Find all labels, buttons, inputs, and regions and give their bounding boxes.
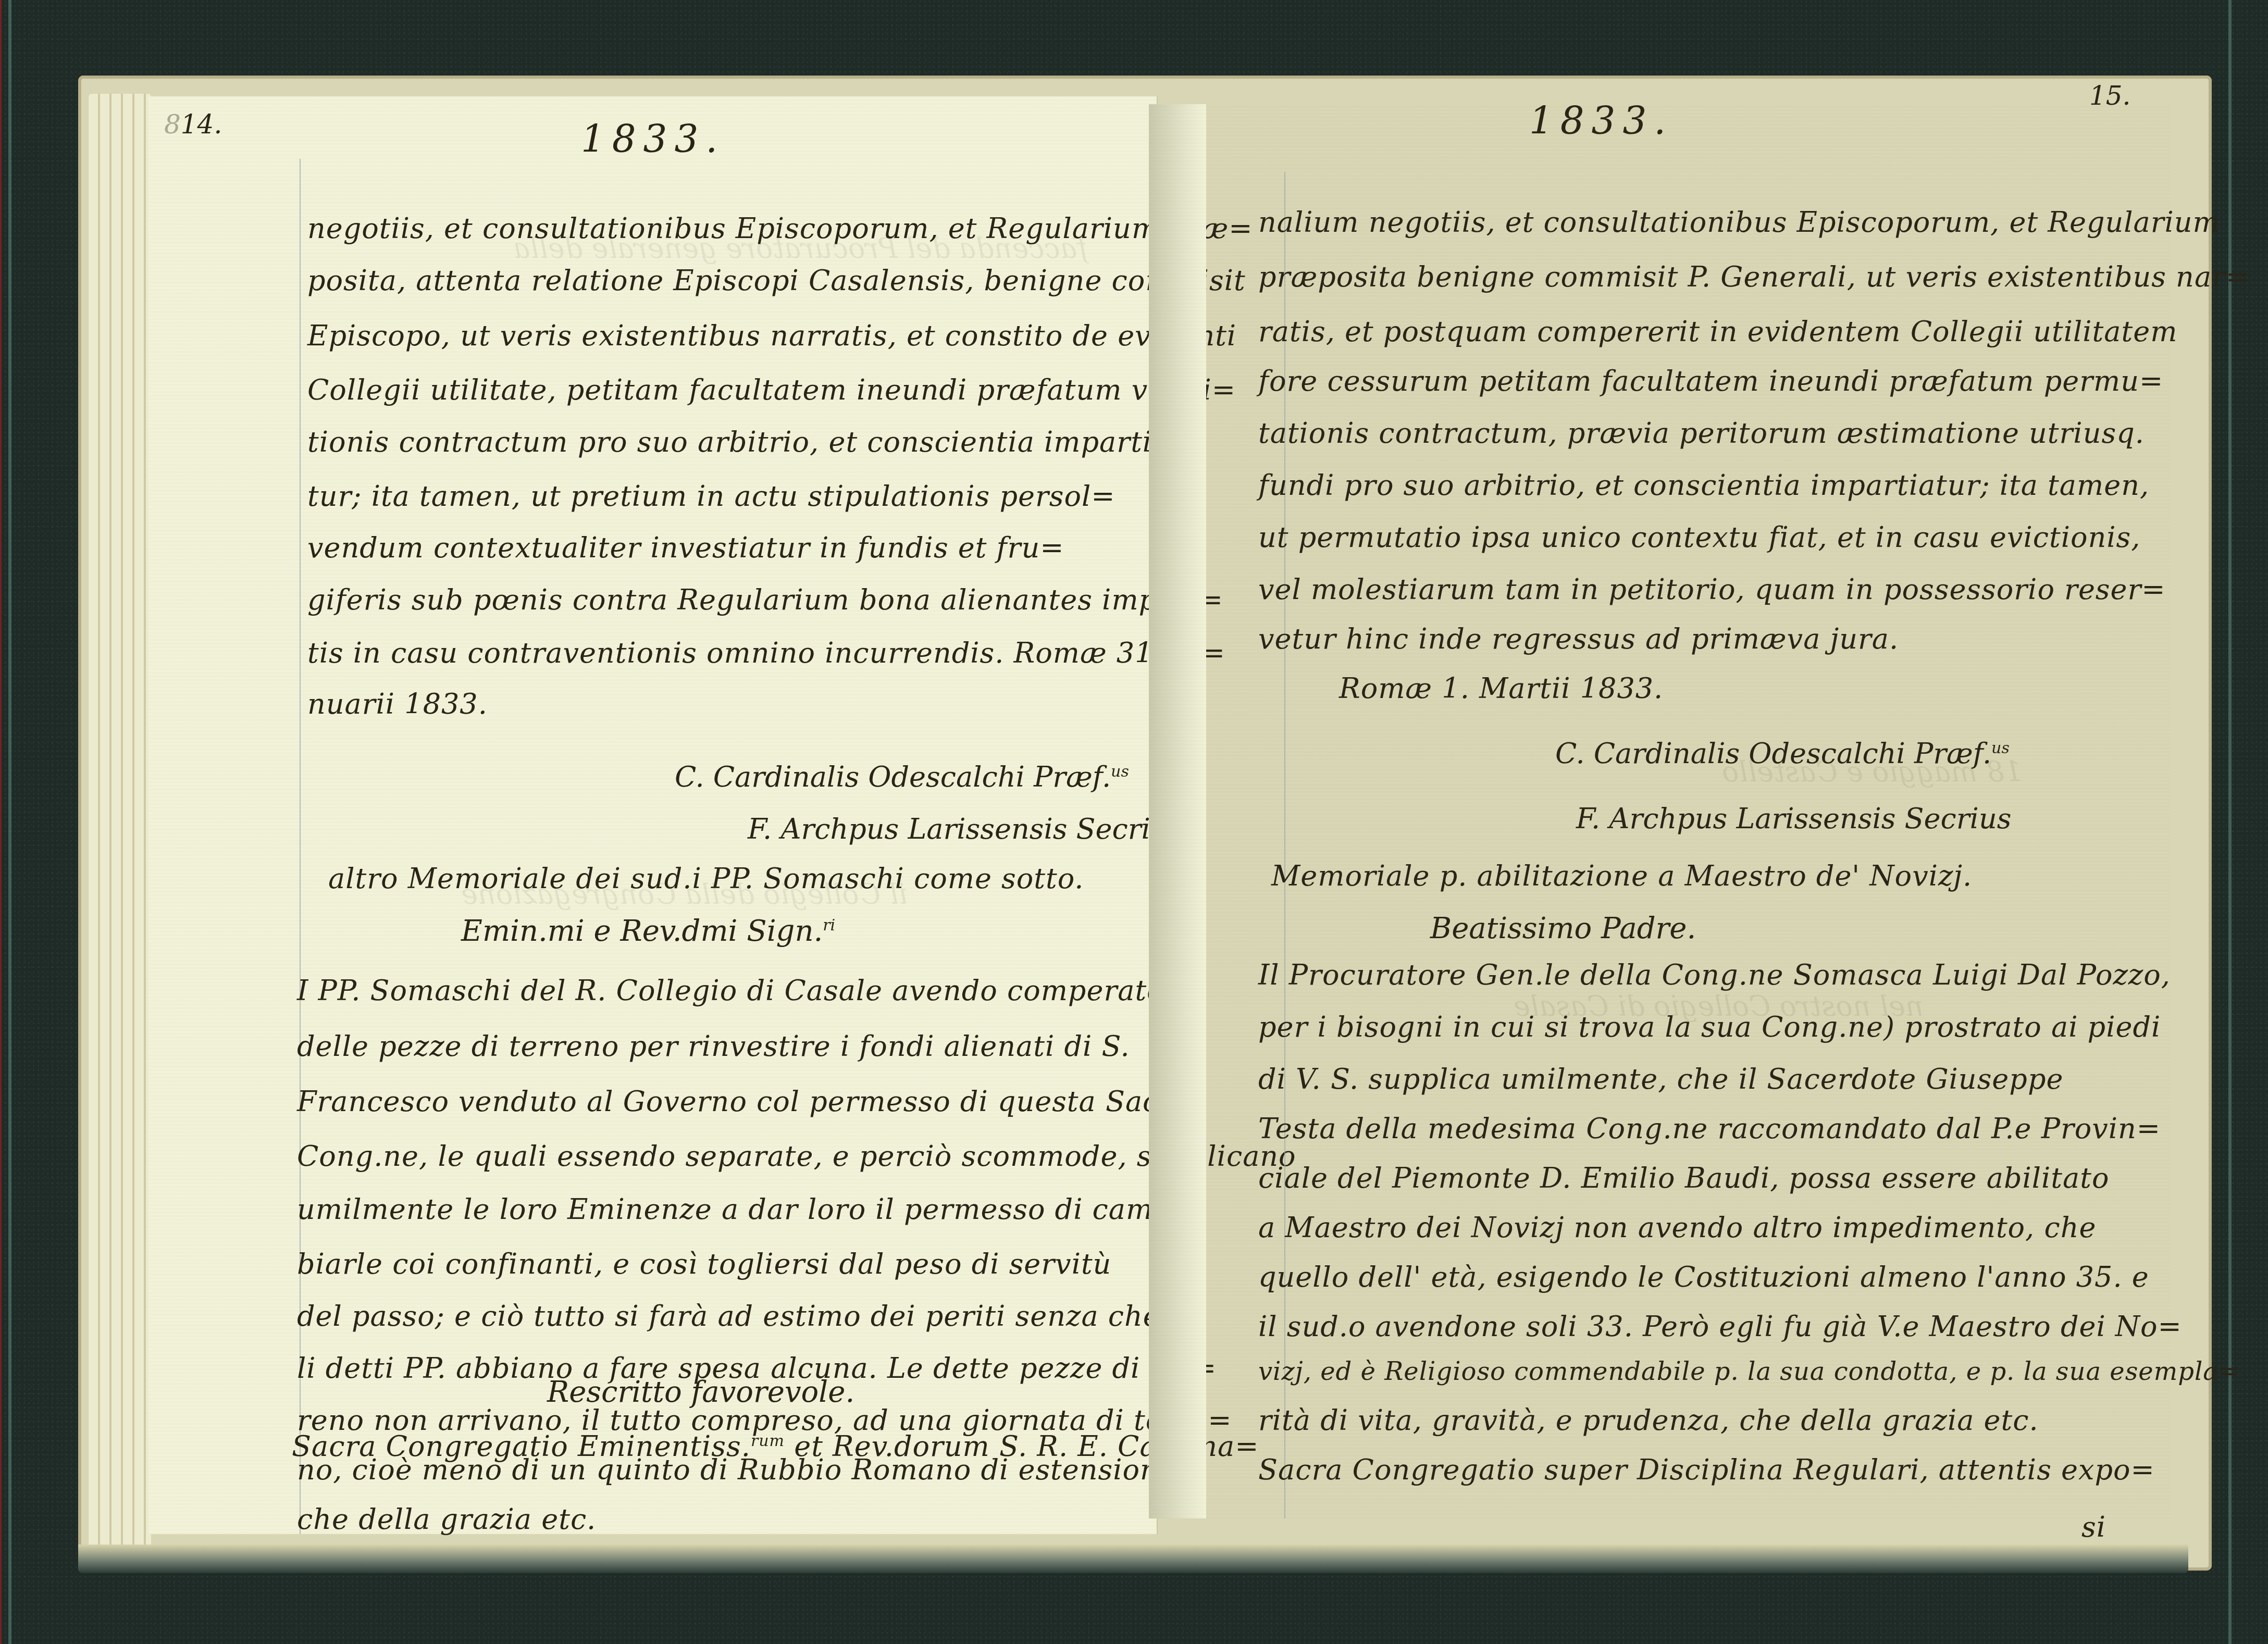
text-line: che della grazia etc. [297,1503,596,1536]
salutation-text: Emin.mi e Rev.dmi Sign. [461,914,823,948]
salutation-sup: ri [823,916,835,935]
text-line: ratis, et postquam compererit in evident… [1258,315,2177,348]
text-line: nalium negotiis, et consultationibus Epi… [1258,206,2220,239]
glass-plate-edge-right [2228,0,2232,1644]
text-line: negotiis, et consultationibus Episcoporu… [307,212,1253,245]
text-line: tationis contractum, prævia peritorum æs… [1258,417,2145,450]
text-line: Collegii utilitate, petitam facultatem i… [307,373,1236,406]
page-stack-edge [89,94,151,1547]
text-line: umilmente le loro Eminenze a dar loro il… [297,1193,1178,1226]
memorial-heading: Memoriale p. abilitazione a Maestro de' … [1271,860,1972,892]
text-line: del passo; e ciò tutto si farà ad estimo… [297,1300,1160,1332]
text-line: tur; ita tamen, ut pretium in actu stipu… [307,480,1116,513]
text-line: rità di vita, gravità, e prudenza, che d… [1258,1404,2039,1437]
signature-sup: us [1991,739,2010,757]
closing-line-right: Sacra Congregatio super Disciplina Regul… [1258,1453,2155,1486]
right-page: 18 maggio e Castello nel nostro Collegio… [1149,104,2170,1518]
text-line: Cong.ne, le quali essendo separate, e pe… [297,1140,1296,1173]
signature-secretary: F. Archpus Larissensis Secrius [1576,802,2011,835]
text-line: a Maestro dei Novizj non avendo altro im… [1258,1211,2096,1244]
text-line: vel molestiarum tam in petitorio, quam i… [1258,573,2166,606]
text-line: Il Procuratore Gen.le della Cong.ne Soma… [1258,958,2171,991]
glass-plate-edge-left [8,0,11,1644]
folio-number: 15. [2089,81,2131,111]
closing-before: Sacra Congregatio Eminentiss. [292,1430,751,1463]
rescript-heading: Rescritto favorevole. [547,1375,854,1409]
text-line: Francesco venduto al Governo col permess… [297,1085,1190,1118]
signature-secretary: F. Archpus Larissensis Secrius. [748,813,1192,845]
text-line: fundi pro suo arbitrio, et conscientia i… [1258,469,2149,502]
year-header: 1833. [1529,99,1673,143]
salutation: Beatissimo Padre. [1430,912,1696,945]
folio-value: 14. [181,109,222,140]
text-line: vizj, ed è Religioso commendabile p. la … [1258,1357,2240,1386]
text-line: biarle coi confinanti, e così togliersi … [297,1248,1111,1280]
salutation: Emin.mi e Rev.dmi Sign.ri [461,914,835,948]
closing-line-left: Sacra Congregatio Eminentiss.rum et Rev.… [292,1430,1259,1463]
frame-red-edge [0,0,2,1644]
text-line: per i bisogni in cui si trova la sua Con… [1258,1011,2161,1043]
text-line: nuarii 1833. [307,688,488,720]
text-line: tionis contractum pro suo arbitrio, et c… [307,426,1194,458]
memorial-intro: altro Memoriale dei sud.i PP. Somaschi c… [328,862,1084,895]
text-line: præposita benigne commisit P. Generali, … [1258,260,2250,293]
closing-sup: rum [751,1432,785,1450]
signature-text: C. Cardinalis Odescalchi Præf. [1555,737,1991,770]
catchword: si [2081,1511,2106,1543]
text-line: fore cessurum petitam facultatem ineundi… [1258,365,2163,397]
date-line: Romæ 1. Martii 1833. [1339,672,1663,705]
text-line: quello dell' età, esigendo le Costituzio… [1258,1261,2149,1293]
text-line: il sud.o avendone soli 33. Però egli fu … [1258,1310,2182,1343]
text-line: I PP. Somaschi del R. Collegio di Casale… [297,974,1164,1007]
text-line: di V. S. supplica umilmente, che il Sace… [1258,1063,2063,1095]
left-page: faccenda del Procuratore generale della … [148,96,1158,1534]
text-line: giferis sub pœnis contra Regularium bona… [307,583,1223,616]
year-header: 1833. [581,117,725,161]
text-line: vetur hinc inde regressus ad primæva jur… [1258,622,1899,655]
signature-text: C. Cardinalis Odescalchi Præf. [675,761,1111,793]
text-line: delle pezze di terreno per rinvestire i … [297,1030,1130,1063]
text-line: tis in casu contraventionis omnino incur… [307,637,1225,669]
text-line: vendum contextualiter investiatur in fun… [307,531,1064,564]
signature-sup: us [1111,763,1129,781]
text-line: Episcopo, ut veris existentibus narratis… [307,319,1236,352]
text-line: posita, attenta relatione Episcopi Casal… [307,264,1246,297]
text-line: Testa della medesima Cong.ne raccomandat… [1258,1112,2161,1145]
signature-prefect: C. Cardinalis Odescalchi Præf.us [675,761,1129,793]
folio-prefix: 8 [164,109,181,140]
text-line: ciale del Piemonte D. Emilio Baudi, poss… [1258,1162,2109,1194]
folio-number: 814. [164,109,222,140]
book-bottom-edge [78,1545,2188,1573]
text-line: ut permutatio ipsa unico contextu fiat, … [1258,521,2140,554]
signature-prefect: C. Cardinalis Odescalchi Præf.us [1555,737,2010,770]
